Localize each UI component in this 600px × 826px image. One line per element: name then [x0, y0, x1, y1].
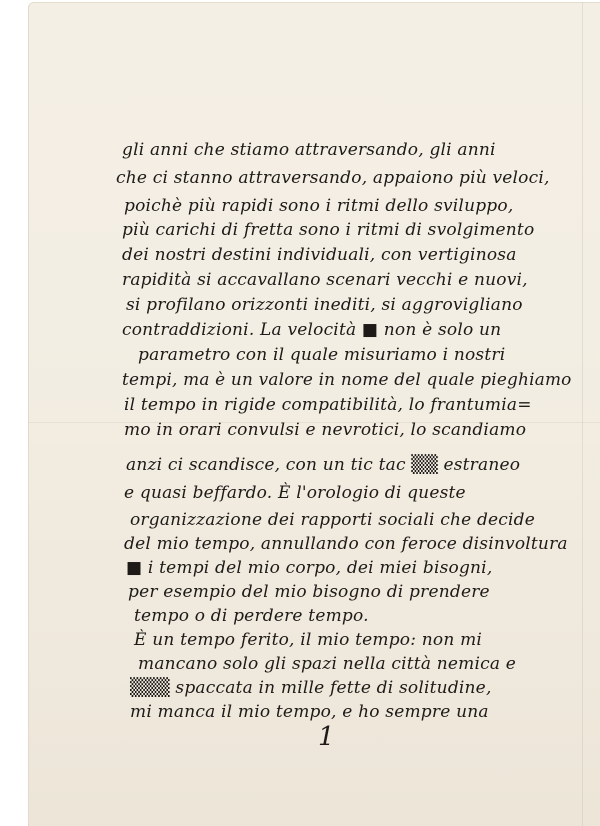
- scanned-page: gli anni che stiamo attraversando, gli a…: [0, 0, 600, 826]
- handwritten-text-block: gli anni che stiamo attraversando, gli a…: [0, 0, 600, 826]
- text-line: il tempo in rigide compatibilità, lo fra…: [124, 395, 532, 415]
- text-line: ▒▒▒ spaccata in mille fette di solitudin…: [130, 678, 492, 698]
- page-number: 1: [318, 722, 335, 752]
- text-line: dei nostri destini individuali, con vert…: [122, 245, 517, 265]
- text-line: per esempio del mio bisogno di prendere: [128, 582, 490, 602]
- text-line: più carichi di fretta sono i ritmi di sv…: [122, 220, 534, 240]
- text-line: È un tempo ferito, il mio tempo: non mi: [134, 630, 482, 650]
- text-line: mo in orari convulsi e nevrotici, lo sca…: [124, 420, 526, 440]
- text-line: gli anni che stiamo attraversando, gli a…: [122, 140, 496, 160]
- text-line: parametro con il quale misuriamo i nostr…: [138, 345, 505, 365]
- text-line: poichè più rapidi sono i ritmi dello svi…: [124, 196, 513, 216]
- text-line: rapidità si accavallano scenari vecchi e…: [122, 270, 528, 290]
- text-line: tempi, ma è un valore in nome del quale …: [122, 370, 572, 390]
- text-line: organizzazione dei rapporti sociali che …: [130, 510, 535, 530]
- text-line: che ci stanno attraversando, appaiono pi…: [116, 168, 550, 188]
- text-line: anzi ci scandisce, con un tic tac ▒▒ est…: [126, 455, 520, 475]
- text-line: mancano solo gli spazi nella città nemic…: [138, 654, 516, 674]
- text-line: ■ i tempi del mio corpo, dei miei bisogn…: [126, 558, 492, 578]
- text-line: e quasi beffardo. È l'orologio di queste: [124, 483, 466, 503]
- text-line: tempo o di perdere tempo.: [134, 606, 369, 626]
- text-line: mi manca il mio tempo, e ho sempre una: [130, 702, 489, 722]
- text-line: contraddizioni. La velocità ■ non è solo…: [122, 320, 501, 340]
- text-line: del mio tempo, annullando con feroce dis…: [124, 534, 568, 554]
- text-line: si profilano orizzonti inediti, si aggro…: [126, 295, 523, 315]
